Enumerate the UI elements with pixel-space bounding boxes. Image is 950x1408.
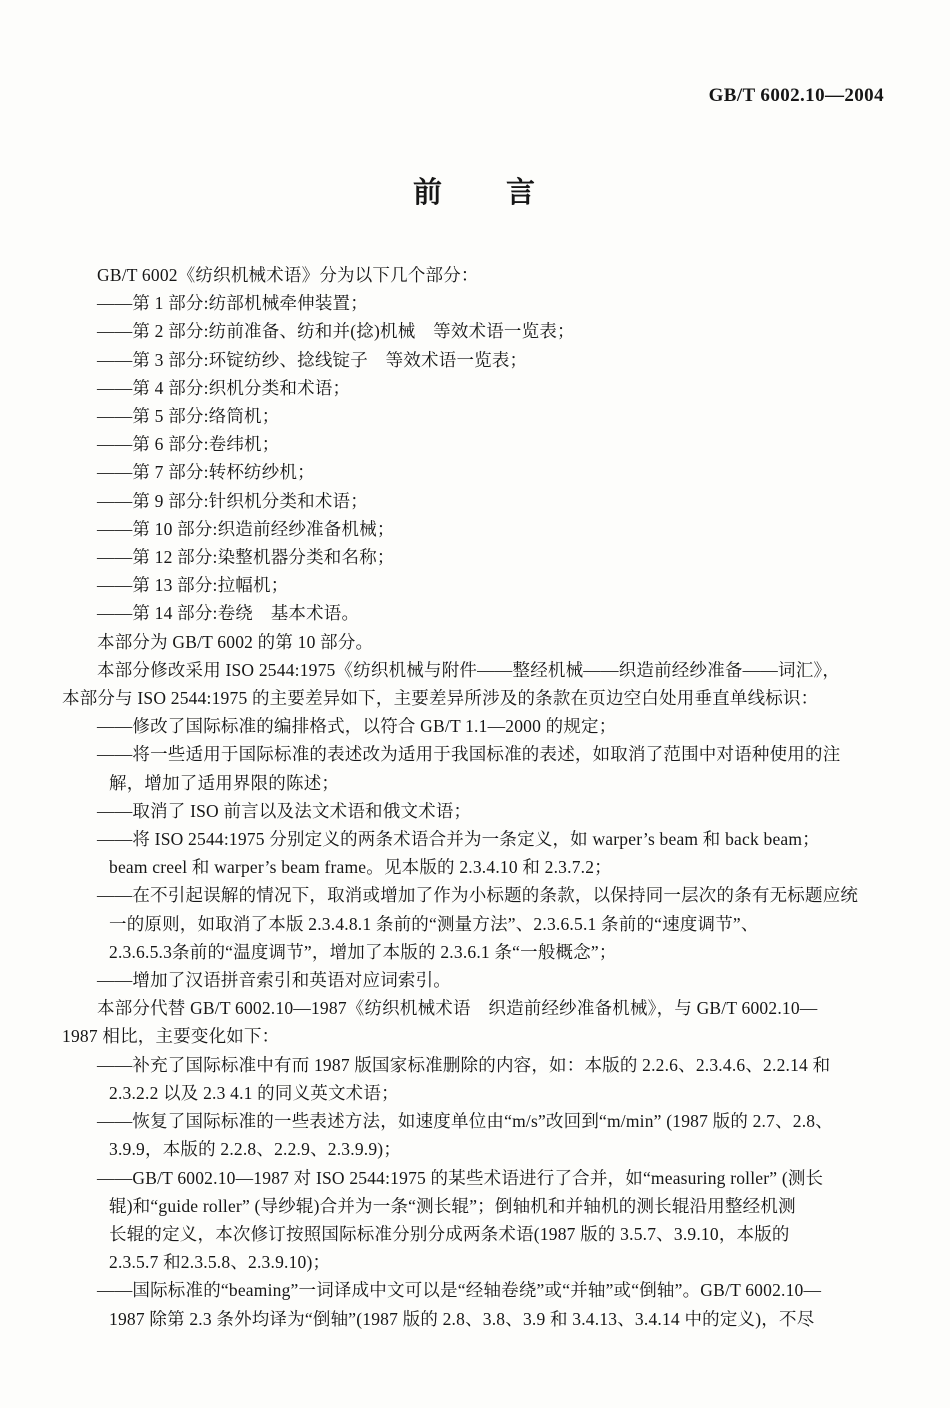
text-line: ——第 2 部分:纺前准备、纺和并(捻)机械 等效术语一览表； bbox=[62, 317, 890, 345]
text-line: 1987 相比，主要变化如下： bbox=[62, 1022, 890, 1050]
foreword-body: GB/T 6002《纺织机械术语》分为以下几个部分：——第 1 部分:纺部机械牵… bbox=[62, 261, 890, 1333]
text-line: GB/T 6002《纺织机械术语》分为以下几个部分： bbox=[62, 261, 890, 289]
text-line: ——补充了国际标准中有而 1987 版国家标准删除的内容，如：本版的 2.2.6… bbox=[62, 1051, 890, 1079]
text-line: ——第 7 部分:转杯纺纱机； bbox=[62, 458, 890, 486]
text-line: 一的原则，如取消了本版 2.3.4.8.1 条前的“测量方法”、2.3.6.5.… bbox=[62, 910, 890, 938]
text-line: ——第 1 部分:纺部机械牵伸装置； bbox=[62, 289, 890, 317]
text-line: ——第 6 部分:卷纬机； bbox=[62, 430, 890, 458]
text-line: 2.3.2.2 以及 2.3 4.1 的同义英文术语； bbox=[62, 1079, 890, 1107]
text-line: 2.3.5.7 和2.3.5.8、2.3.9.10)； bbox=[62, 1248, 890, 1276]
text-line: ——GB/T 6002.10—1987 对 ISO 2544:1975 的某些术… bbox=[62, 1164, 890, 1192]
text-line: ——将 ISO 2544:1975 分别定义的两条术语合并为一条定义，如 war… bbox=[62, 825, 890, 853]
document-page: GB/T 6002.10—2004 前 言 GB/T 6002《纺织机械术语》分… bbox=[0, 0, 950, 1408]
text-line: 本部分修改采用 ISO 2544:1975《纺织机械与附件——整经机械——织造前… bbox=[62, 656, 890, 684]
text-line: 本部分为 GB/T 6002 的第 10 部分。 bbox=[62, 628, 890, 656]
text-line: ——取消了 ISO 前言以及法文术语和俄文术语； bbox=[62, 797, 890, 825]
text-line: ——修改了国际标准的编排格式，以符合 GB/T 1.1—2000 的规定； bbox=[62, 712, 890, 740]
text-line: 2.3.6.5.3条前的“温度调节”，增加了本版的 2.3.6.1 条“一般概念… bbox=[62, 938, 890, 966]
standard-code: GB/T 6002.10—2004 bbox=[709, 85, 884, 107]
text-line: beam creel 和 warper’s beam frame。见本版的 2.… bbox=[62, 853, 890, 881]
text-line: 辊)和“guide roller” (导纱辊)合并为一条“测长辊”；倒轴机和并轴… bbox=[62, 1192, 890, 1220]
text-line: 1987 除第 2.3 条外均译为“倒轴”(1987 版的 2.8、3.8、3.… bbox=[62, 1305, 890, 1333]
page-title: 前 言 bbox=[0, 170, 950, 211]
text-line: ——第 13 部分:拉幅机； bbox=[62, 571, 890, 599]
text-line: ——在不引起误解的情况下，取消或增加了作为小标题的条款，以保持同一层次的条有无标… bbox=[62, 881, 890, 909]
text-line: ——将一些适用于国际标准的表述改为适用于我国标准的表述，如取消了范围中对语种使用… bbox=[62, 740, 890, 768]
text-line: ——第 3 部分:环锭纺纱、捻线锭子 等效术语一览表； bbox=[62, 346, 890, 374]
text-line: ——第 10 部分:织造前经纱准备机械； bbox=[62, 515, 890, 543]
text-line: ——第 9 部分:针织机分类和术语； bbox=[62, 487, 890, 515]
text-line: ——第 14 部分:卷绕 基本术语。 bbox=[62, 599, 890, 627]
text-line: 本部分代替 GB/T 6002.10—1987《纺织机械术语 织造前经纱准备机械… bbox=[62, 994, 890, 1022]
text-line: 3.9.9，本版的 2.2.8、2.2.9、2.3.9.9)； bbox=[62, 1135, 890, 1163]
text-line: ——恢复了国际标准的一些表述方法，如速度单位由“m/s”改回到“m/min” (… bbox=[62, 1107, 890, 1135]
text-line: ——增加了汉语拼音索引和英语对应词索引。 bbox=[62, 966, 890, 994]
text-line: ——第 12 部分:染整机器分类和名称； bbox=[62, 543, 890, 571]
text-line: 解，增加了适用界限的陈述； bbox=[62, 769, 890, 797]
text-line: 长辊的定义，本次修订按照国际标准分别分成两条术语(1987 版的 3.5.7、3… bbox=[62, 1220, 890, 1248]
text-line: ——第 4 部分:织机分类和术语； bbox=[62, 374, 890, 402]
text-line: 本部分与 ISO 2544:1975 的主要差异如下，主要差异所涉及的条款在页边… bbox=[62, 684, 890, 712]
text-line: ——第 5 部分:络筒机； bbox=[62, 402, 890, 430]
text-line: ——国际标准的“beaming”一词译成中文可以是“经轴卷绕”或“并轴”或“倒轴… bbox=[62, 1276, 890, 1304]
